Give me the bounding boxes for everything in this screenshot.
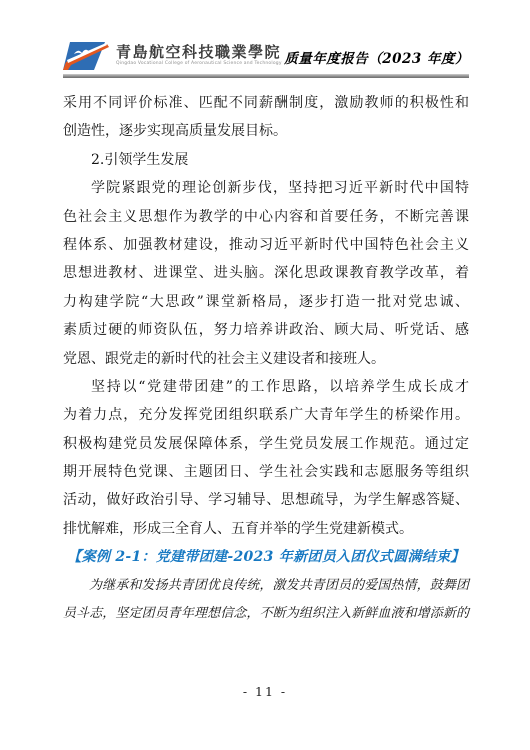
text-line: 党恩、跟党走的新时代的社会主义建设者和接班人。 (63, 345, 469, 373)
text-line: 员斗志，坚定团员青年理想信念，不断为组织注入新鲜血液和增添新的 (63, 600, 469, 628)
page-number: - 11 - (243, 684, 287, 699)
header-rule (63, 74, 469, 78)
document-body: 采用不同评价标准、匹配不同薪酬制度，激励教师的积极性和创造性，逐步实现高质量发展… (63, 89, 469, 628)
text-line: 学院紧跟党的理论创新步伐，坚持把习近平新时代中国特 (63, 174, 469, 202)
page-header: 青島航空科技職業學院 Qingdao Vocational College of… (63, 41, 469, 71)
college-name: 青島航空科技職業學院 (116, 44, 282, 61)
text-line: 坚持以“党建带团建”的工作思路，以培养学生成长成才 (63, 373, 469, 401)
text-line: 为继承和发扬共青团优良传统，激发共青团员的爱国热情，鼓舞团 (63, 572, 469, 600)
report-title: 质量年度报告（2023 年度） (284, 47, 469, 71)
text-line: 素质过硬的师资队伍，努力培养讲政治、顾大局、听党话、感 (63, 316, 469, 344)
text-line: 期开展特色党课、主题团日、学生社会实践和志愿服务等组织 (63, 458, 469, 486)
college-logo-icon (63, 41, 109, 71)
text-line: 力构建学院“大思政”课堂新格局，逐步打造一批对党忠诚、 (63, 288, 469, 316)
text-line: 程体系、加强教材建设，推动习近平新时代中国特色社会主义 (63, 231, 469, 259)
text-line: 采用不同评价标准、匹配不同薪酬制度，激励教师的积极性和 (63, 89, 469, 117)
text-line: 活动，做好政治引导、学习辅导、思想疏导，为学生解惑答疑、 (63, 486, 469, 514)
page-footer: - 11 - (0, 683, 530, 701)
college-name-english: Qingdao Vocational College of Aeronautic… (116, 61, 282, 67)
text-line: 创造性，逐步实现高质量发展目标。 (63, 117, 469, 145)
text-line: 2.引领学生发展 (63, 146, 469, 174)
text-line: 为着力点，充分发挥党团组织联系广大青年学生的桥梁作用。 (63, 401, 469, 429)
college-logo-text: 青島航空科技職業學院 Qingdao Vocational College of… (116, 41, 282, 67)
text-line: 排忧解难，形成三全育人、五育并举的学生党建新模式。 (63, 515, 469, 543)
text-line: 积极构建党员发展保障体系，学生党员发展工作规范。通过定 (63, 430, 469, 458)
text-line: 思想进教材、进课堂、进头脑。深化思政课教育教学改革，着 (63, 259, 469, 287)
text-line: 色社会主义思想作为教学的中心内容和首要任务，不断完善课 (63, 203, 469, 231)
document-page: 青島航空科技職業學院 Qingdao Vocational College of… (0, 0, 530, 750)
case-title-line: 【案例 2-1：党建带团建-2023 年新团员入团仪式圆满结束】 (63, 543, 469, 571)
college-logo: 青島航空科技職業學院 Qingdao Vocational College of… (63, 41, 282, 71)
